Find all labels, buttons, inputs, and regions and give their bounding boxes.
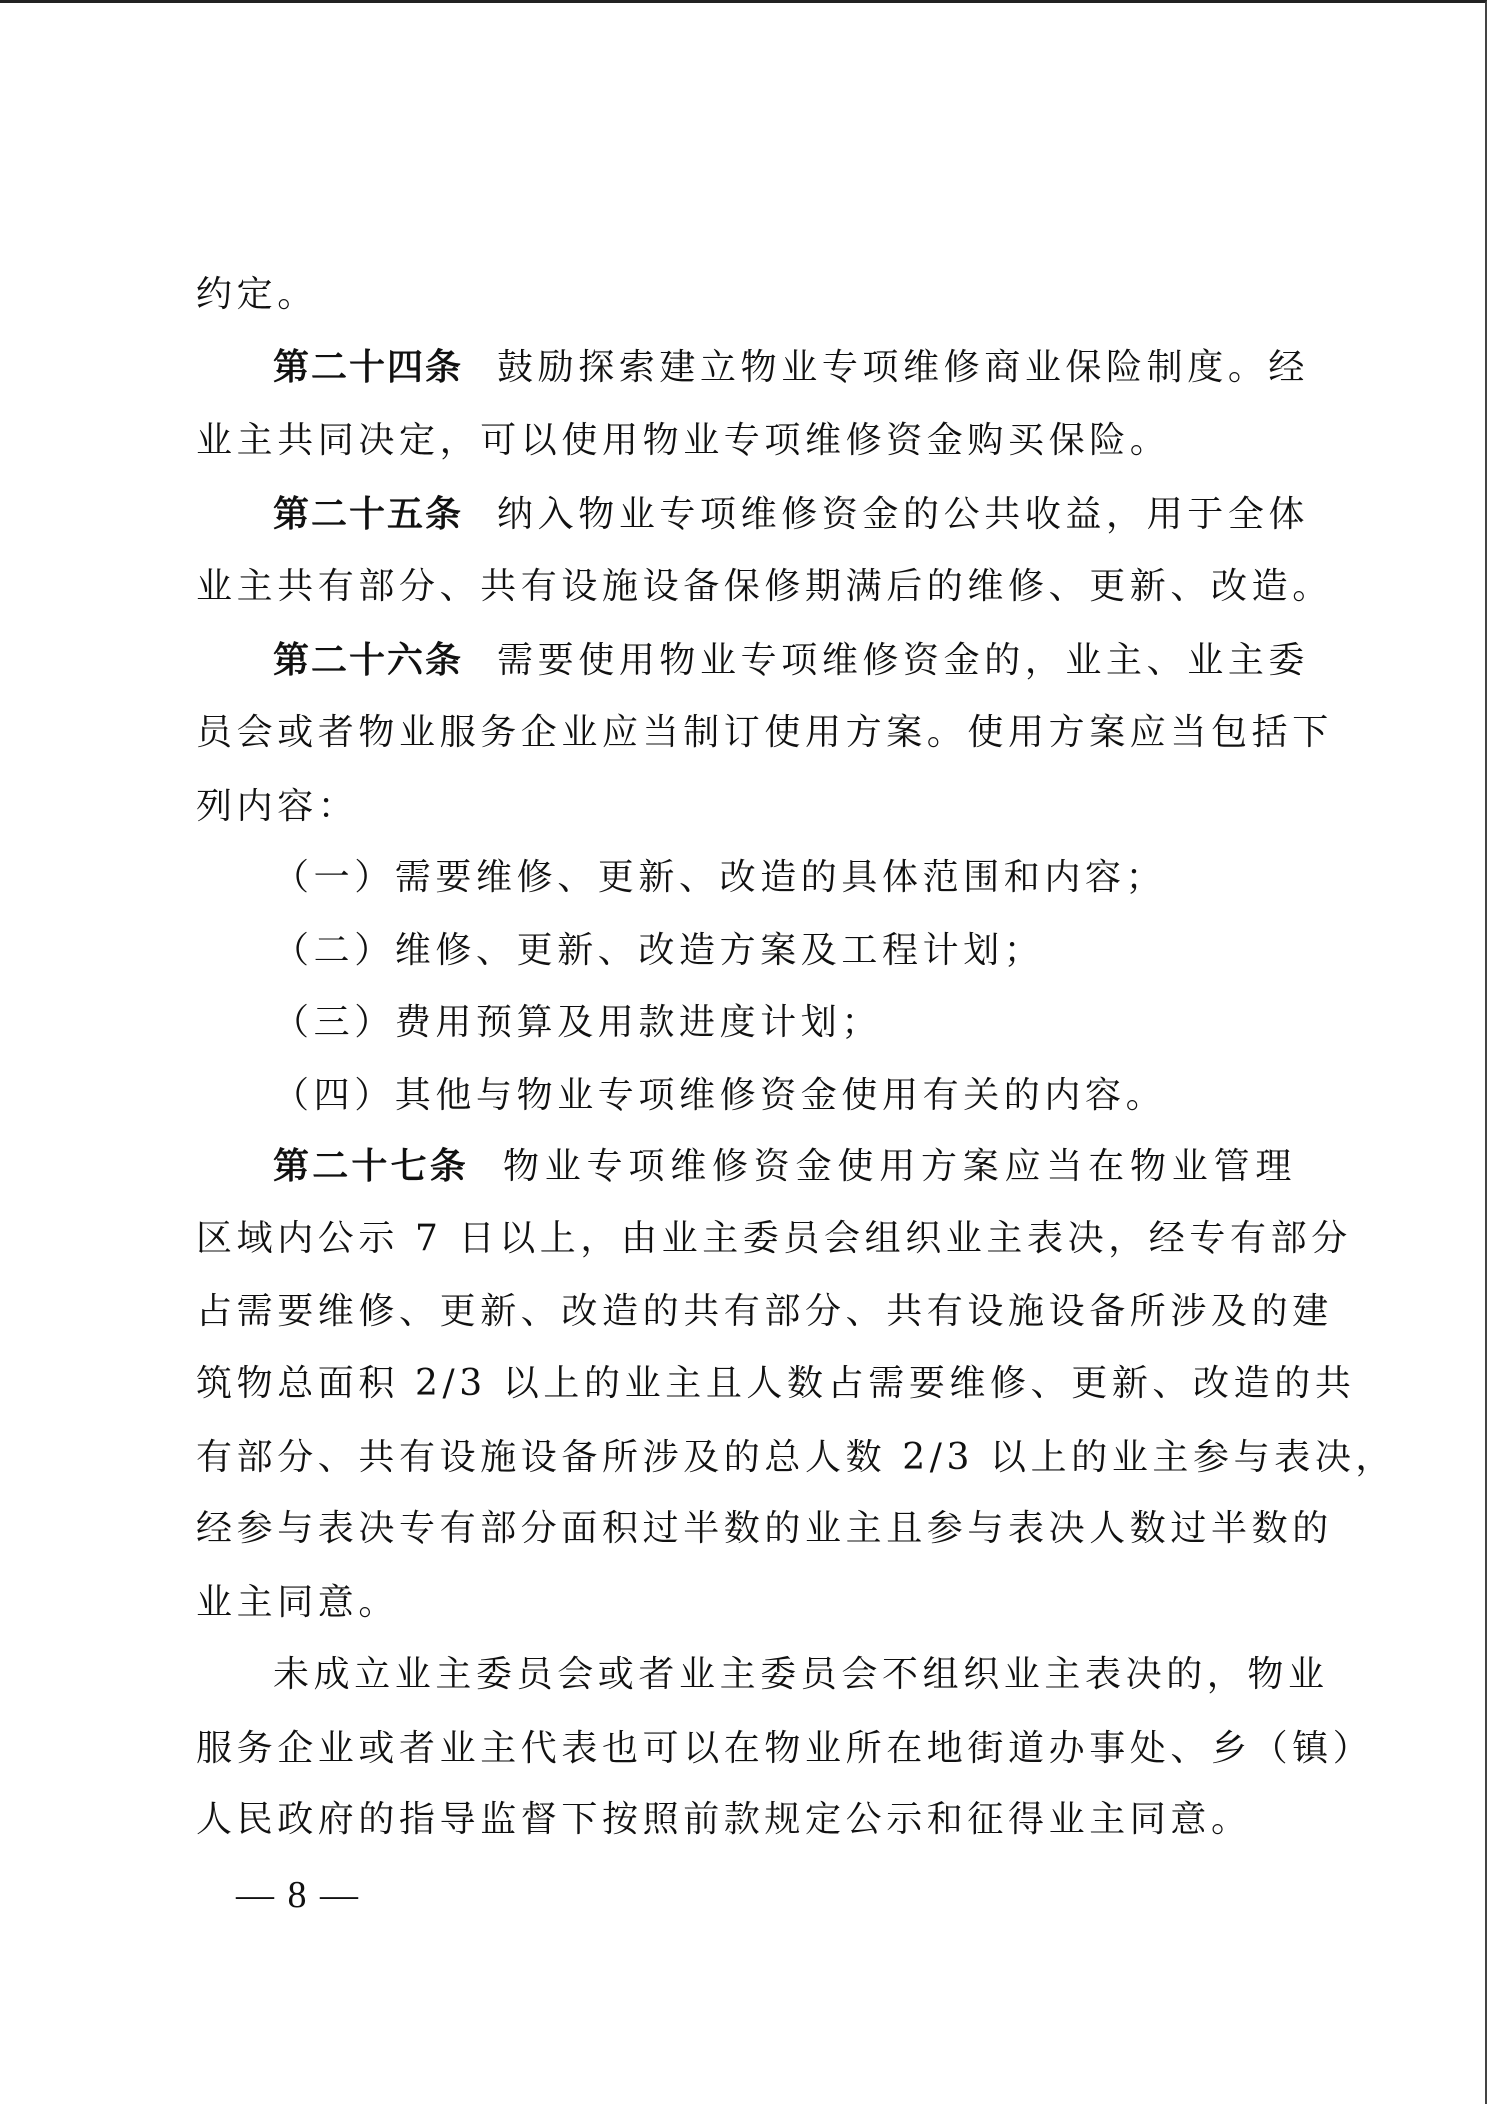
article-26-line: 第二十六条需要使用物业专项维修资金的，业主、业主委 — [273, 633, 1296, 689]
list-item-text: （三）费用预算及用款进度计划； — [273, 1002, 882, 1043]
list-item: （二）维修、更新、改造方案及工程计划； — [273, 923, 1373, 979]
paragraph-text: 员会或者物业服务企业应当制订使用方案。使用方案应当包括下 — [196, 712, 1333, 753]
paragraph-text: 经参与表决专有部分面积过半数的业主且参与表决人数过半数的 — [196, 1508, 1333, 1549]
text-line: 经参与表决专有部分面积过半数的业主且参与表决人数过半数的 — [196, 1501, 1296, 1557]
text-line: 约定。 — [196, 267, 1296, 323]
text-line: 未成立业主委员会或者业主委员会不组织业主表决的，物业 — [273, 1647, 1296, 1703]
text-line: 业主共有部分、共有设施设备保修期满后的维修、更新、改造。 — [196, 559, 1296, 615]
document-page: 约定。 第二十四条鼓励探索建立物业专项维修商业保险制度。经 业主共同决定，可以使… — [0, 0, 1487, 2104]
page-number: — 8 — — [236, 1871, 360, 1919]
article-heading: 第二十四条 — [273, 347, 463, 388]
text-line: 业主共同决定，可以使用物业专项维修资金购买保险。 — [196, 413, 1296, 469]
paragraph-text: 业主共有部分、共有设施设备保修期满后的维修、更新、改造。 — [196, 566, 1333, 607]
article-27-line: 第二十七条物业专项维修资金使用方案应当在物业管理 — [273, 1139, 1296, 1195]
article-heading: 第二十六条 — [273, 640, 463, 681]
text-line: 员会或者物业服务企业应当制订使用方案。使用方案应当包括下 — [196, 705, 1296, 761]
paragraph-text: 业主共同决定，可以使用物业专项维修资金购买保险。 — [196, 420, 1170, 461]
paragraph-text: 人民政府的指导监督下按照前款规定公示和征得业主同意。 — [196, 1799, 1252, 1840]
paragraph-text: 鼓励探索建立物业专项维修商业保险制度。经 — [497, 347, 1309, 388]
paragraph-text: 筑物总面积 2/3 以上的业主且人数占需要维修、更新、改造的共 — [196, 1363, 1355, 1404]
article-heading: 第二十五条 — [273, 494, 463, 535]
text-line: 占需要维修、更新、改造的共有部分、共有设施设备所涉及的建 — [196, 1284, 1296, 1340]
paragraph-text: 列内容： — [196, 786, 358, 827]
paragraph-text: 物业专项维修资金使用方案应当在物业管理 — [503, 1146, 1296, 1187]
text-line: 列内容： — [196, 779, 1296, 835]
list-item: （一）需要维修、更新、改造的具体范围和内容； — [273, 850, 1373, 906]
article-heading: 第二十七条 — [273, 1146, 469, 1187]
text-line: 筑物总面积 2/3 以上的业主且人数占需要维修、更新、改造的共 — [196, 1356, 1296, 1412]
list-item: （三）费用预算及用款进度计划； — [273, 995, 1373, 1051]
list-item-text: （一）需要维修、更新、改造的具体范围和内容； — [273, 857, 1166, 898]
list-item-text: （四）其他与物业专项维修资金使用有关的内容。 — [273, 1075, 1166, 1116]
paragraph-text: 未成立业主委员会或者业主委员会不组织业主表决的，物业 — [273, 1654, 1329, 1695]
paragraph-text: 占需要维修、更新、改造的共有部分、共有设施设备所涉及的建 — [196, 1291, 1333, 1332]
text-line: 区域内公示 7 日以上，由业主委员会组织业主表决，经专有部分 — [196, 1211, 1296, 1267]
article-25-line: 第二十五条纳入物业专项维修资金的公共收益，用于全体 — [273, 487, 1296, 543]
paragraph-text: 约定。 — [196, 274, 318, 315]
paragraph-text: 有部分、共有设施设备所涉及的总人数 2/3 以上的业主参与表决， — [196, 1437, 1396, 1478]
text-line: 人民政府的指导监督下按照前款规定公示和征得业主同意。 — [196, 1792, 1296, 1848]
paragraph-text: 业主同意。 — [196, 1582, 399, 1623]
text-line: 有部分、共有设施设备所涉及的总人数 2/3 以上的业主参与表决， — [196, 1430, 1296, 1486]
list-item-text: （二）维修、更新、改造方案及工程计划； — [273, 930, 1044, 971]
article-24-line: 第二十四条鼓励探索建立物业专项维修商业保险制度。经 — [273, 340, 1296, 396]
text-line: 业主同意。 — [196, 1575, 1296, 1631]
list-item: （四）其他与物业专项维修资金使用有关的内容。 — [273, 1068, 1373, 1124]
text-line: 服务企业或者业主代表也可以在物业所在地街道办事处、乡（镇） — [196, 1721, 1296, 1777]
paragraph-text: 区域内公示 7 日以上，由业主委员会组织业主表决，经专有部分 — [196, 1218, 1352, 1259]
paragraph-text: 服务企业或者业主代表也可以在物业所在地街道办事处、乡（镇） — [196, 1728, 1373, 1769]
paragraph-text: 需要使用物业专项维修资金的，业主、业主委 — [497, 640, 1309, 681]
paragraph-text: 纳入物业专项维修资金的公共收益，用于全体 — [497, 494, 1309, 535]
